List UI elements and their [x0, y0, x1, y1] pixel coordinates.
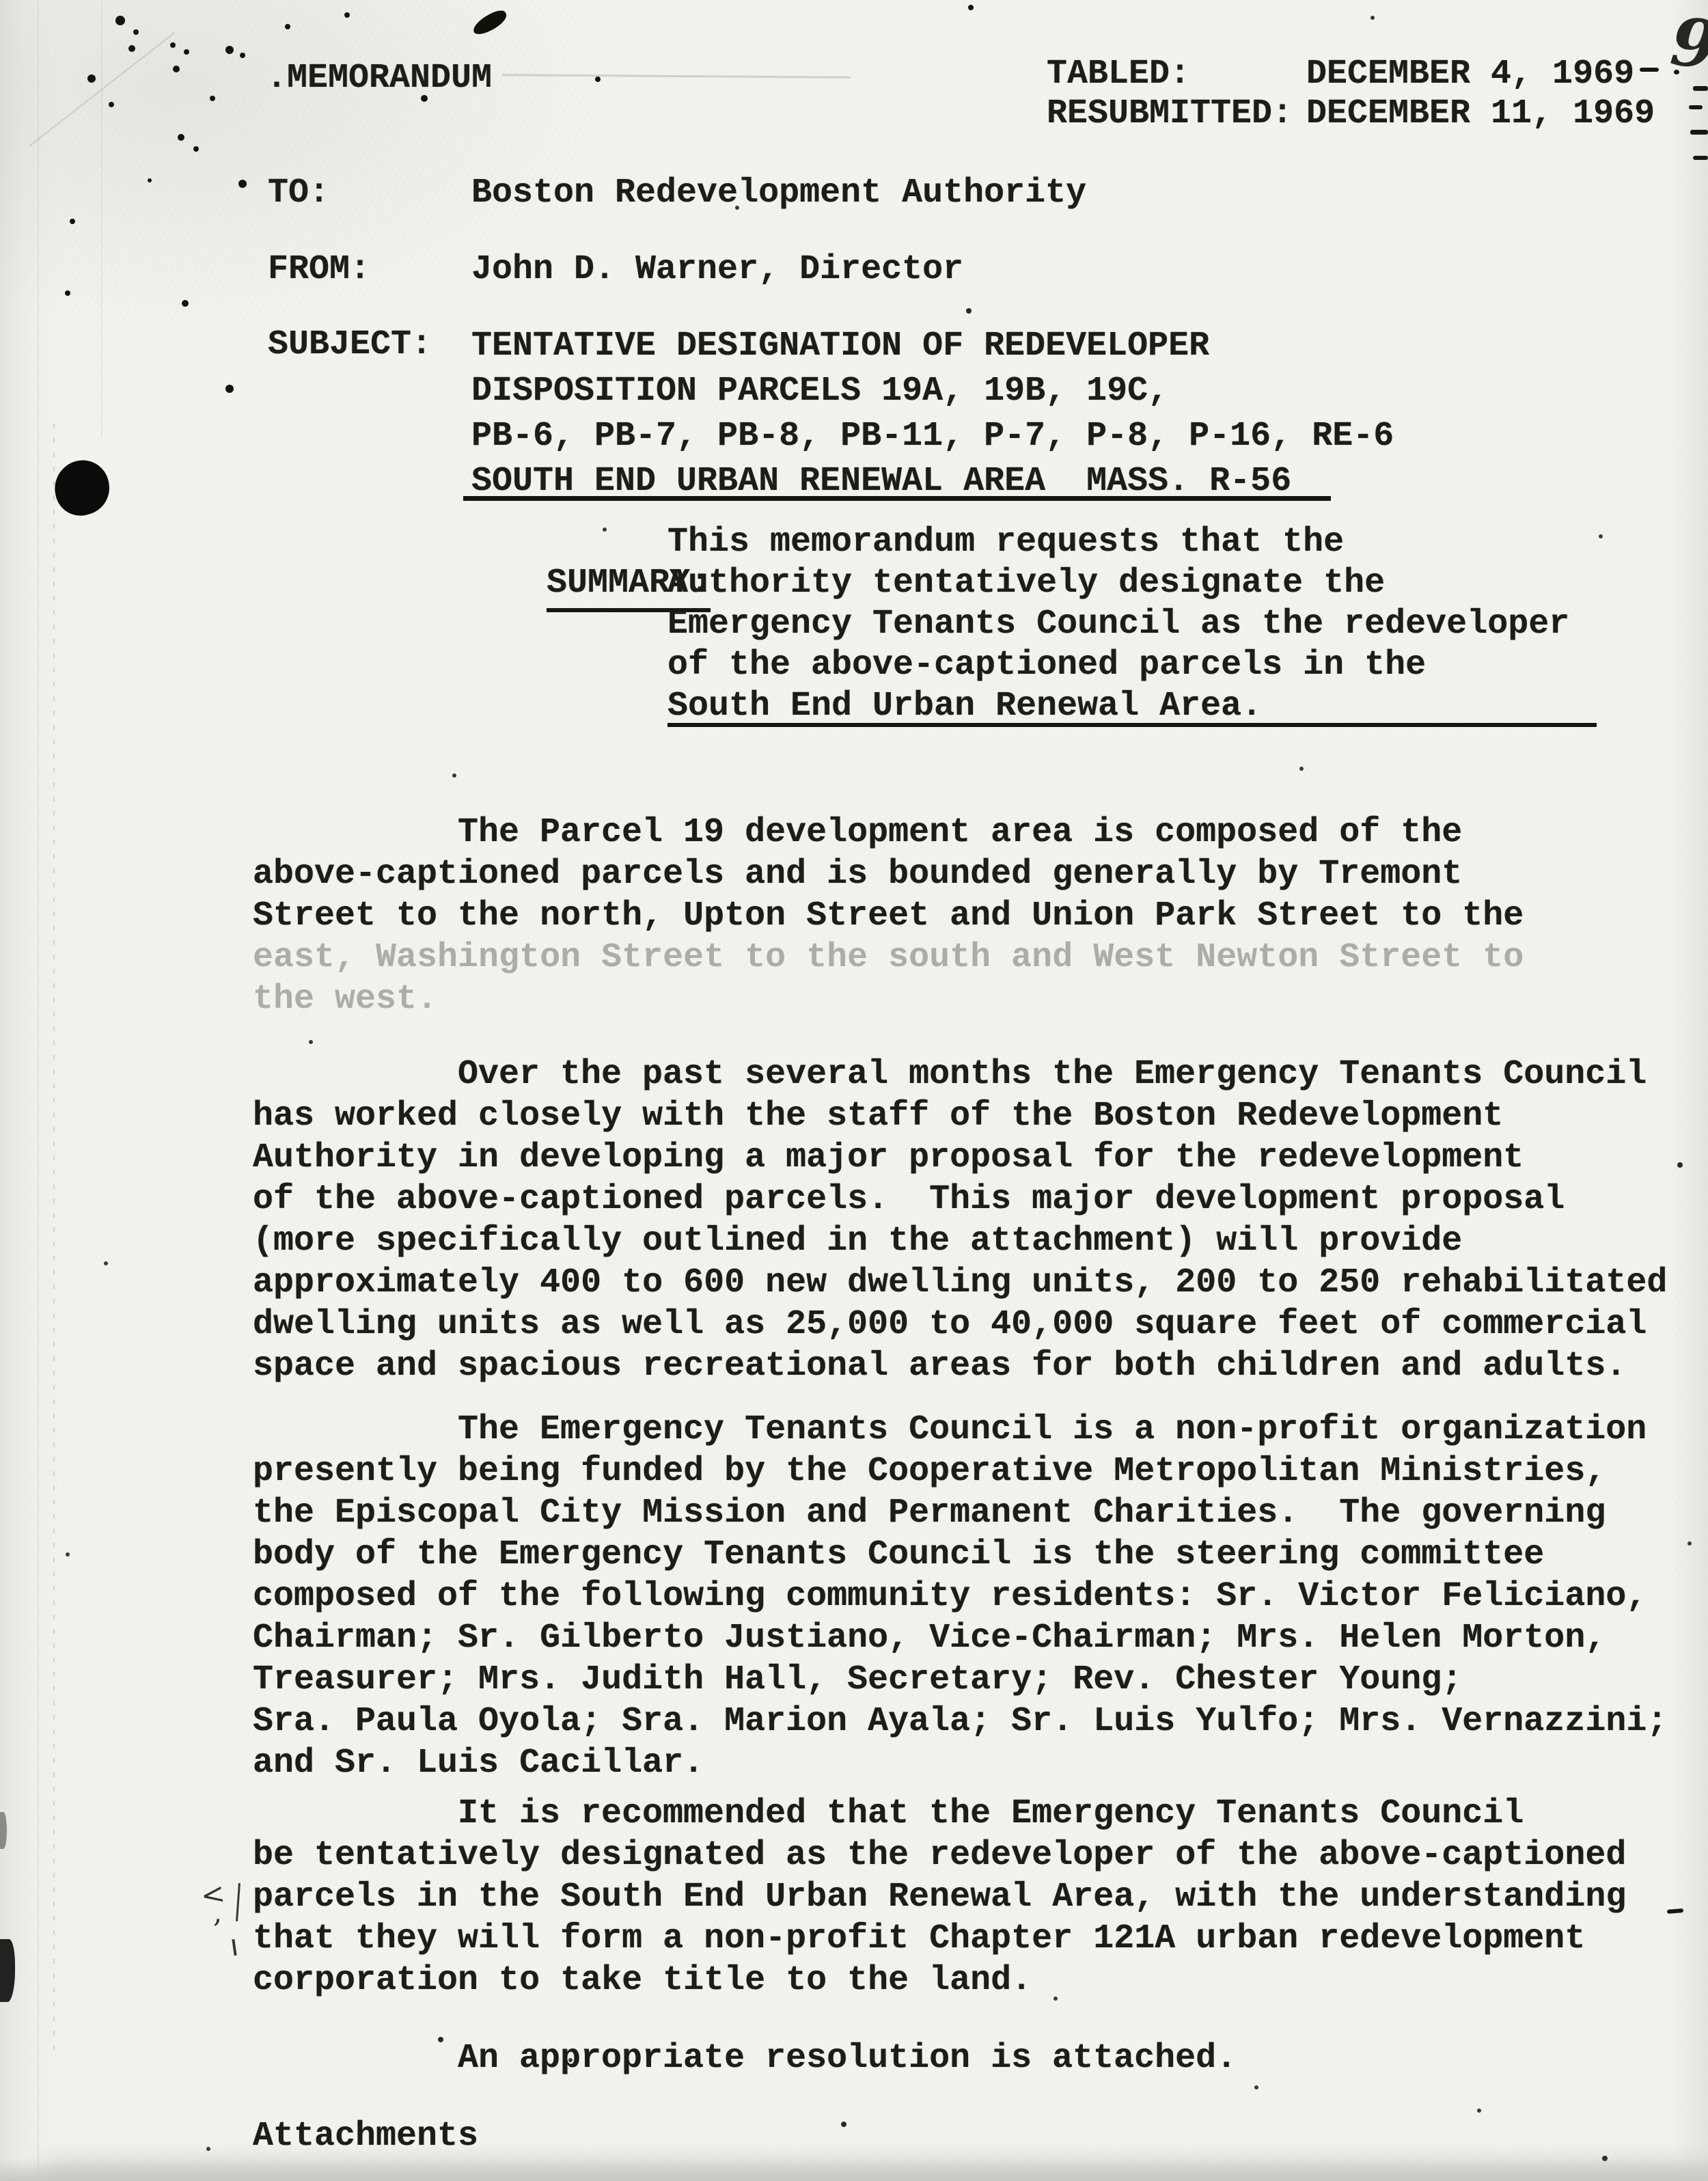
- ink-speckles: [0, 0, 4, 4]
- pen-mark: ,: [213, 1898, 222, 1927]
- paragraph-2: Over the past several months the Emergen…: [253, 1054, 1667, 1387]
- text-line: east, Washington Street to the south and…: [253, 937, 1524, 978]
- text-line: TENTATIVE DESIGNATION OF REDEVELOPER: [471, 324, 1394, 369]
- text-line: Over the past several months the Emergen…: [253, 1054, 1667, 1095]
- text-line: parcels in the South End Urban Renewal A…: [253, 1876, 1626, 1918]
- text-line: of the above-captioned parcels. This maj…: [253, 1179, 1667, 1220]
- pen-mark: [232, 1939, 236, 1956]
- pen-mark: [236, 1883, 240, 1921]
- ink-smudge: [470, 8, 510, 38]
- text-line: composed of the following community resi…: [253, 1576, 1667, 1617]
- text-line: that they will form a non-profit Chapter…: [253, 1918, 1626, 1960]
- text-line: above-captioned parcels and is bounded g…: [253, 853, 1524, 895]
- margin-tick: [1690, 130, 1708, 135]
- attachments-label: Attachments: [253, 2115, 478, 2157]
- text-line: DISPOSITION PARCELS 19A, 19B, 19C,: [471, 369, 1394, 414]
- memo-title: .MEMORANDUM: [266, 57, 492, 99]
- text-line: Sra. Paula Oyola; Sra. Marion Ayala; Sr.…: [253, 1701, 1667, 1742]
- resubmitted-label: RESUBMITTED:: [1047, 93, 1293, 135]
- text-line: space and spacious recreational areas fo…: [253, 1345, 1667, 1387]
- text-line: (more specifically outlined in the attac…: [253, 1220, 1667, 1262]
- text-line: and Sr. Luis Cacillar.: [253, 1742, 1667, 1784]
- from-value: John D. Warner, Director: [471, 249, 963, 290]
- text-line: South End Urban Renewal Area.: [667, 686, 1569, 727]
- scan-crease-line: [38, 0, 39, 2181]
- text-line: Authority tentatively designate the: [667, 563, 1569, 604]
- text-line: of the above-captioned parcels in the: [667, 645, 1569, 686]
- text-line: It is recommended that the Emergency Ten…: [253, 1793, 1626, 1835]
- handwritten-nine: 9: [1668, 9, 1708, 79]
- text-line: Street to the north, Upton Street and Un…: [253, 895, 1524, 937]
- to-label: TO:: [268, 172, 329, 214]
- text-line: Chairman; Sr. Gilberto Justiano, Vice-Ch…: [253, 1617, 1667, 1659]
- paragraph-4: It is recommended that the Emergency Ten…: [253, 1793, 1626, 2001]
- subject-underline: [463, 496, 1331, 501]
- summary-lines: This memorandum requests that theAuthori…: [667, 522, 1569, 727]
- text-line: has worked closely with the staff of the…: [253, 1095, 1667, 1137]
- text-line: Emergency Tenants Council as the redevel…: [667, 604, 1569, 645]
- paragraph-3: The Emergency Tenants Council is a non-p…: [253, 1409, 1667, 1784]
- edge-smudge: [0, 1812, 7, 1849]
- edge-smudge: [0, 1939, 15, 2002]
- summary-underline: [667, 723, 1597, 727]
- text-line: corporation to take title to the land.: [253, 1960, 1626, 2001]
- text-line: presently being funded by the Cooperativ…: [253, 1451, 1667, 1492]
- tabled-label: TABLED:: [1047, 53, 1190, 95]
- faint-scratch-line: [502, 74, 851, 79]
- text-line: The Emergency Tenants Council is a non-p…: [253, 1409, 1667, 1451]
- subject-lines: TENTATIVE DESIGNATION OF REDEVELOPERDISP…: [471, 324, 1394, 504]
- text-line: the west.: [253, 978, 1524, 1020]
- memo-page: 9 < , .MEMORANDUM TABLED: DECEMBER 4, 19…: [0, 0, 1708, 2181]
- text-line: dwelling units as well as 25,000 to 40,0…: [253, 1304, 1667, 1345]
- scan-fold-dotted-line: [53, 424, 55, 2057]
- margin-tick: [1640, 68, 1659, 72]
- text-line: approximately 400 to 600 new dwelling un…: [253, 1262, 1667, 1304]
- hole-punch-dot: [49, 455, 115, 521]
- from-label: FROM:: [268, 249, 370, 290]
- text-line: body of the Emergency Tenants Council is…: [253, 1534, 1667, 1576]
- text-line: PB-6, PB-7, PB-8, PB-11, P-7, P-8, P-16,…: [471, 414, 1394, 459]
- resubmitted-date: DECEMBER 11, 1969: [1306, 93, 1655, 135]
- to-value: Boston Redevelopment Authority: [471, 172, 1086, 214]
- tabled-date: DECEMBER 4, 1969: [1306, 53, 1634, 95]
- scan-crease-line: [101, 0, 102, 437]
- text-line: Treasurer; Mrs. Judith Hall, Secretary; …: [253, 1659, 1667, 1701]
- text-line: This memorandum requests that the: [667, 522, 1569, 563]
- text-line: The Parcel 19 development area is compos…: [253, 812, 1524, 853]
- paragraph-1: The Parcel 19 development area is compos…: [253, 812, 1524, 1020]
- margin-tick: [1689, 105, 1703, 109]
- text-line: be tentatively designated as the redevel…: [253, 1835, 1626, 1876]
- scan-edge-shadow: [0, 2158, 1708, 2181]
- subject-label: SUBJECT:: [268, 324, 432, 366]
- margin-tick: [1693, 86, 1708, 91]
- margin-tick: [1674, 70, 1679, 74]
- resolution-line: An appropriate resolution is attached.: [458, 2038, 1237, 2079]
- margin-tick: [1693, 156, 1708, 160]
- text-line: the Episcopal City Mission and Permanent…: [253, 1492, 1667, 1534]
- margin-tick: [1667, 1908, 1683, 1914]
- text-line: Authority in developing a major proposal…: [253, 1137, 1667, 1179]
